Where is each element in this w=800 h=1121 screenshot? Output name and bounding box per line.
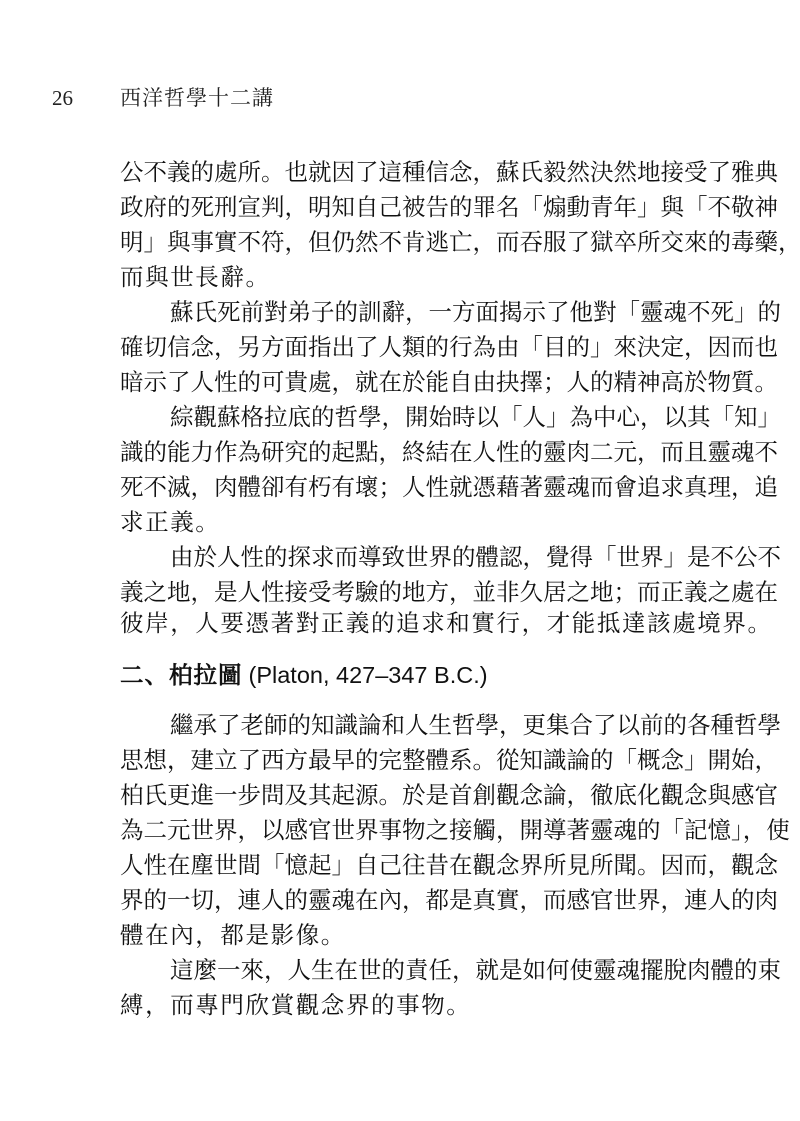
text-line: 彼岸，人要憑著對正義的追求和實行，才能抵達該處境界。 [120, 606, 678, 640]
section-heading-platon: 二、柏拉圖(Platon, 427–347 B.C.) [120, 657, 488, 693]
text-line: 思想，建立了西方最早的完整體系。從知識論的「概念」開始， [120, 743, 678, 777]
text-line: 蘇氏死前對弟子的訓辭，一方面揭示了他對「靈魂不死」的 [170, 295, 678, 329]
text-line: 識的能力作為研究的起點，終結在人性的靈肉二元，而且靈魂不 [120, 435, 678, 469]
text-line: 這麼一來，人生在世的責任，就是如何使靈魂擺脫肉體的束 [170, 953, 678, 987]
text-line: 為二元世界，以感官世界事物之接觸，開導著靈魂的「記憶」，使 [120, 813, 678, 847]
text-line: 縛，而專門欣賞觀念界的事物。 [120, 988, 678, 1022]
text-line: 體在內，都是影像。 [120, 918, 678, 952]
text-line: 人性在塵世間「憶起」自己往昔在觀念界所見所聞。因而，觀念 [120, 848, 678, 882]
text-line: 而與世長辭。 [120, 260, 678, 294]
text-line: 界的一切，連人的靈魂在內，都是真實，而感官世界，連人的肉 [120, 883, 678, 917]
text-line: 政府的死刑宣判，明知自己被告的罪名「煽動青年」與「不敬神 [120, 190, 678, 224]
page-number: 26 [52, 84, 73, 112]
running-head: 26 西洋哲學十二講 [0, 84, 800, 112]
text-line: 求正義。 [120, 505, 678, 539]
text-line: 柏氏更進一步問及其起源。於是首創觀念論，徹底化觀念與感官 [120, 778, 678, 812]
text-line: 確切信念，另方面指出了人類的行為由「目的」來決定，因而也 [120, 330, 678, 364]
text-line: 死不滅，肉體卻有朽有壞；人性就憑藉著靈魂而會追求真理，追 [120, 470, 678, 504]
text-line: 由於人性的探求而導致世界的體認，覺得「世界」是不公不 [170, 540, 678, 574]
text-line: 暗示了人性的可貴處，就在於能自由抉擇；人的精神高於物質。 [120, 365, 678, 399]
book-title: 西洋哲學十二講 [120, 84, 274, 112]
text-line: 義之地，是人性接受考驗的地方，並非久居之地；而正義之處在 [120, 575, 678, 609]
text-line: 明」與事實不符，但仍然不肯逃亡，而吞服了獄卒所交來的毒藥， [120, 225, 678, 259]
text-line: 公不義的處所。也就因了這種信念，蘇氏毅然決然地接受了雅典 [120, 155, 678, 189]
text-line: 綜觀蘇格拉底的哲學，開始時以「人」為中心，以其「知」 [170, 400, 678, 434]
text-line: 繼承了老師的知識論和人生哲學，更集合了以前的各種哲學 [170, 708, 678, 742]
section-heading-title: 二、柏拉圖 [120, 661, 243, 689]
section-heading-dates: (Platon, 427–347 B.C.) [249, 662, 488, 688]
book-page: 26 西洋哲學十二講 公不義的處所。也就因了這種信念，蘇氏毅然決然地接受了雅典 … [0, 0, 800, 1121]
